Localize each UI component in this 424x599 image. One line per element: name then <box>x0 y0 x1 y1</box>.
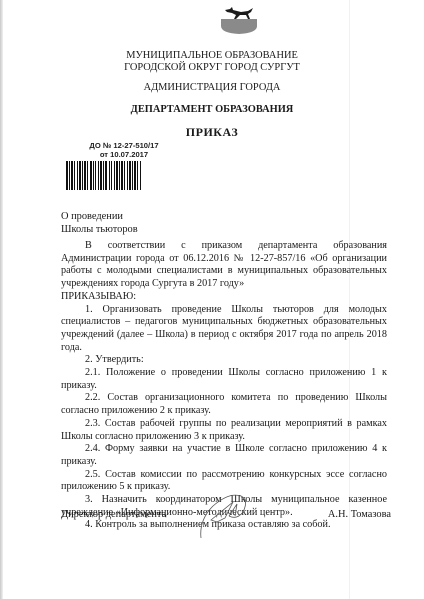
administration-title: АДМИНИСТРАЦИЯ ГОРОДА <box>0 82 424 94</box>
order-item: 2.3. Состав рабочей группы по реализации… <box>61 418 387 443</box>
signatory-name: А.Н. Томазова <box>328 508 391 521</box>
document-subject: О проведении Школы тьюторов <box>61 210 138 236</box>
order-item: 2. Утвердить: <box>61 354 387 367</box>
document-type-title: ПРИКАЗ <box>0 126 424 138</box>
subject-line-1: О проведении <box>61 210 138 223</box>
document-page: МУНИЦИПАЛЬНОЕ ОБРАЗОВАНИЕ ГОРОДСКОЙ ОКРУ… <box>0 0 424 599</box>
barcode-icon <box>66 161 180 190</box>
signatory-title: Директор департамента <box>61 508 166 521</box>
registration-date: от 10.07.2017 <box>64 151 184 160</box>
document-body: В соответствии с приказом департамента о… <box>61 240 387 532</box>
order-item: 2.4. Форму заявки на участие в Школе сог… <box>61 443 387 468</box>
preamble: В соответствии с приказом департамента о… <box>61 240 387 291</box>
order-item: 2.1. Положение о проведении Школы соглас… <box>61 367 387 392</box>
registration-stamp: ДО № 12-27-510/17 от 10.07.2017 <box>64 142 184 194</box>
coat-of-arms-fox-icon <box>221 4 257 34</box>
handwritten-signature-icon <box>195 490 255 540</box>
department-title: ДЕПАРТАМЕНТ ОБРАЗОВАНИЯ <box>0 104 424 116</box>
subject-line-2: Школы тьюторов <box>61 223 138 236</box>
municipality-line-2: ГОРОДСКОЙ ОКРУГ ГОРОД СУРГУТ <box>0 62 424 74</box>
order-item: 2.2. Состав организационного комитета по… <box>61 392 387 417</box>
municipality-line-1: МУНИЦИПАЛЬНОЕ ОБРАЗОВАНИЕ <box>0 50 424 62</box>
order-word: ПРИКАЗЫВАЮ: <box>61 291 387 304</box>
order-item: 1. Организовать проведение Школы тьюторо… <box>61 304 387 355</box>
